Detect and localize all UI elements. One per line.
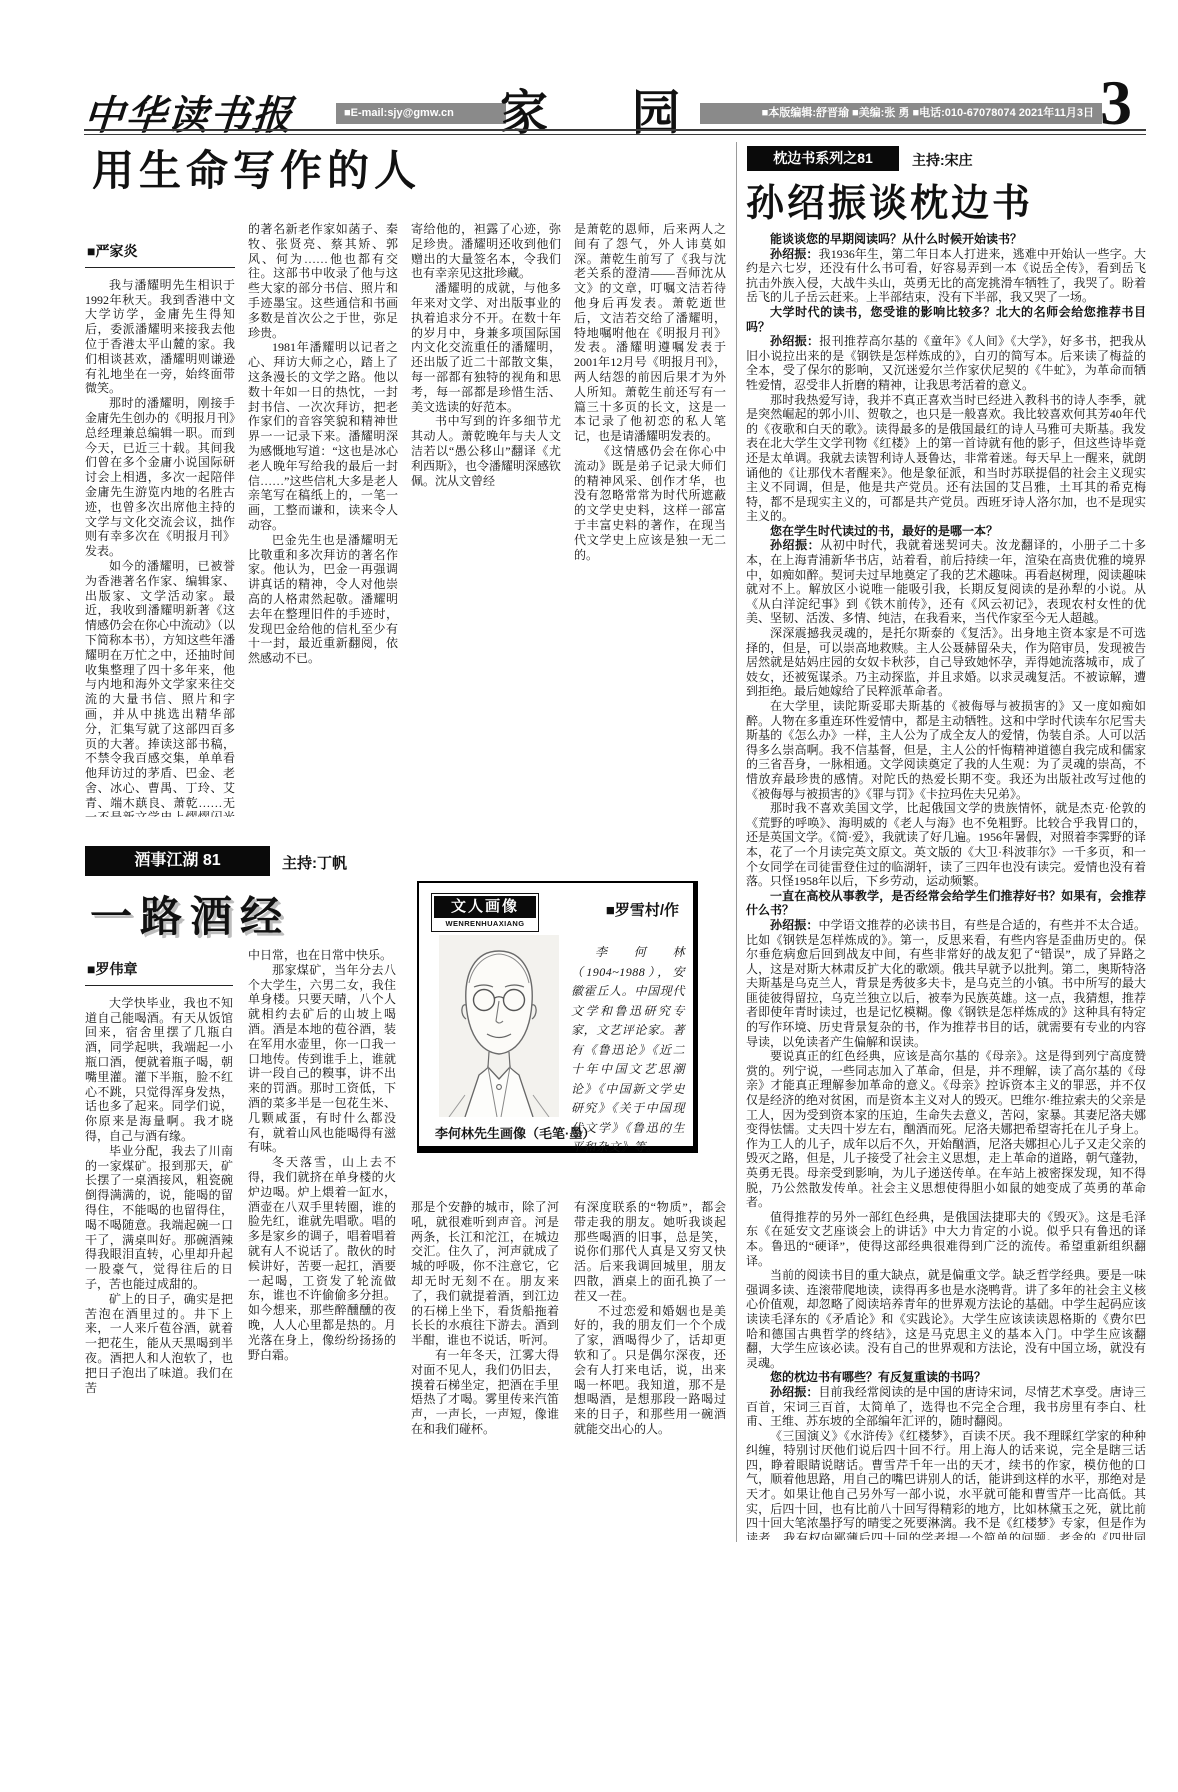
article1-column-3: 寄给他的，袒露了心迹，弥足珍贵。潘耀明还收到他们赠出的大量签名本，令我们也有幸亲… — [411, 222, 561, 817]
interview-series-host: 主持:宋庄 — [912, 150, 973, 170]
portrait-drawing — [439, 935, 559, 1117]
vertical-divider — [736, 142, 737, 1542]
header-rule — [84, 129, 1146, 135]
interview-series-label: 枕边书系列之81 — [747, 146, 899, 171]
article1-col1-text: 我与潘耀明先生相识于1992年秋天。我到香港中文大学访学，金庸先生得知后，委派潘… — [85, 278, 235, 817]
article1-col2-text: 的著名新老作家如菡子、秦牧、张贤亮、蔡其矫、郭风、何为……他也都有交往。这部书中… — [248, 222, 398, 666]
article1-byline: ■严家炎 — [85, 222, 235, 268]
email-bar: ■E-mail:sjy@gmw.cn — [336, 103, 506, 124]
article1-col4-text: 是萧乾的恩师，后来两人之间有了怨气，外人讳莫如深。萧乾生前写了《我与沈老关系的澄… — [574, 222, 726, 562]
wine-col1-text: 大学快毕业，我也不知道自己能喝酒。有天从饭馆回来，宿舍里摆了几瓶白酒，同学起哄，… — [85, 996, 233, 1396]
wine-col4-text: 有深度联系的“物质”，都会带走我的朋友。她听我谈起那些喝酒的旧事，总是笑，说你们… — [574, 1200, 726, 1437]
wine-column-3: 那是个安静的城市，除了河吼，就很难听到声音。河是两条，长江和沱江，在城边交汇。住… — [411, 1200, 559, 1540]
portrait-caption: 李何林先生画像（毛笔·墨） — [435, 1123, 595, 1142]
wine-series-label: 酒事江湖 81 — [85, 846, 270, 876]
article1-column-2: 的著名新老作家如菡子、秦牧、张贤亮、蔡其矫、郭风、何为……他也都有交往。这部书中… — [248, 222, 398, 817]
wine-series-host: 主持:丁帆 — [282, 852, 347, 873]
portrait-box-tab: 文人画像 WENRENHUAXIANG — [431, 893, 539, 932]
wine-column-4: 有深度联系的“物质”，都会带走我的朋友。她听我谈起那些喝酒的旧事，总是笑，说你们… — [574, 1200, 726, 1540]
interview-body: 能谈谈您的早期阅读吗？从什么时候开始读书？孙绍振：我1936年生，第二年日本人打… — [746, 232, 1146, 1540]
wine-article-headline: 一路酒经 — [90, 884, 290, 944]
interview-text: 能谈谈您的早期阅读吗？从什么时候开始读书？孙绍振：我1936年生，第二年日本人打… — [746, 232, 1146, 1540]
wine-col3-text: 那是个安静的城市，除了河吼，就很难听到声音。河是两条，长江和沱江，在城边交汇。住… — [411, 1200, 559, 1437]
wine-column-2: 中日常，也在日常中快乐。那家煤矿，当年分去八个大学生，六男二女，我住单身楼。只要… — [248, 948, 396, 1540]
edition-info-bar: ■本版编辑:舒晋瑜 ■美编:张 勇 ■电话:010-67078074 2021年… — [700, 103, 1102, 124]
article1-col3-text: 寄给他的，袒露了心迹，弥足珍贵。潘耀明还收到他们赠出的大量签名本，令我们也有幸亲… — [411, 222, 561, 488]
article1-headline: 用生命写作的人 — [92, 138, 421, 198]
portrait-credit: ■罗雪村/作 — [606, 899, 679, 920]
portrait-box: 文人画像 WENRENHUAXIANG ■罗雪村/作 — [417, 881, 698, 1153]
interview-headline: 孙绍振谈枕边书 — [746, 172, 1033, 227]
wine-column-1: ■罗伟章 大学快毕业，我也不知道自己能喝酒。有天从饭馆回来，宿舍里摆了几瓶白酒，… — [85, 948, 233, 1540]
wine-col2-text: 中日常，也在日常中快乐。那家煤矿，当年分去八个大学生，六男二女，我住单身楼。只要… — [248, 948, 396, 1362]
newspaper-page: 中华读书报 ■E-mail:sjy@gmw.cn 家 园 ■本版编辑:舒晋瑜 ■… — [0, 0, 1178, 1792]
article1-column-1: ■严家炎 我与潘耀明先生相识于1992年秋天。我到香港中文大学访学，金庸先生得知… — [85, 222, 235, 817]
article1-column-4: 是萧乾的恩师，后来两人之间有了怨气，外人讳莫如深。萧乾生前写了《我与沈老关系的澄… — [574, 222, 726, 817]
portrait-box-label: 文人画像 — [434, 896, 536, 918]
wine-byline: ■罗伟章 — [85, 948, 233, 986]
portrait-box-pinyin: WENRENHUAXIANG — [434, 918, 536, 929]
